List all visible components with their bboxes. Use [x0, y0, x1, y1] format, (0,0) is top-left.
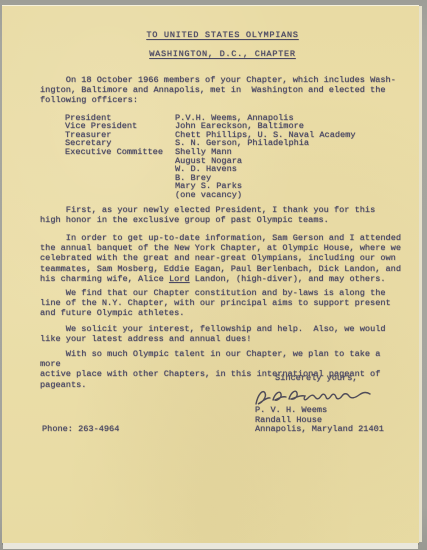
officers-list: President P.V.H. Weems, Annapolis Vice P… [65, 114, 405, 200]
letter-body: TO UNITED STATES OLYMPIANS WASHINGTON, D… [2, 6, 419, 390]
officer-title: Executive Committee [65, 148, 175, 157]
officer-name: (one vacancy) [175, 191, 242, 200]
handwritten-signature-icon [253, 386, 384, 408]
paragraph-thanks: First, as your newly elected President, … [40, 205, 405, 225]
letter-page: TO UNITED STATES OLYMPIANS WASHINGTON, D… [2, 5, 419, 543]
paragraph-banquet-text-end: Landon, (high-diver), and may others. [190, 274, 386, 284]
letter-title-line2: WASHINGTON, D.C., CHAPTER [40, 49, 405, 59]
officer-title [65, 182, 175, 191]
officer-row: W. D. Havens [65, 165, 405, 174]
salutation: Sincerely yours, [275, 374, 384, 383]
phone-number: Phone: 263-4964 [42, 424, 119, 434]
signer-address-line2: Annapolis, Maryland 21401 [255, 425, 384, 434]
paragraph-constitution: We find that our Chapter constitution an… [40, 288, 405, 319]
underlined-word: Lord [169, 274, 190, 284]
closing-block: Sincerely yours, P. V. H. Weems Randall … [255, 374, 384, 435]
officer-title [65, 174, 175, 183]
officer-title [65, 191, 175, 200]
letter-title-line1: TO UNITED STATES OLYMPIANS [40, 30, 405, 40]
paragraph-opening: On 18 October 1966 members of your Chapt… [40, 75, 405, 106]
officer-title [65, 157, 175, 166]
paragraph-banquet: In order to get up-to-date information, … [40, 233, 405, 284]
paragraph-solicit: We solicit your interest, fellowship and… [40, 324, 405, 344]
officer-title [65, 165, 175, 174]
officer-row: (one vacancy) [65, 191, 405, 200]
